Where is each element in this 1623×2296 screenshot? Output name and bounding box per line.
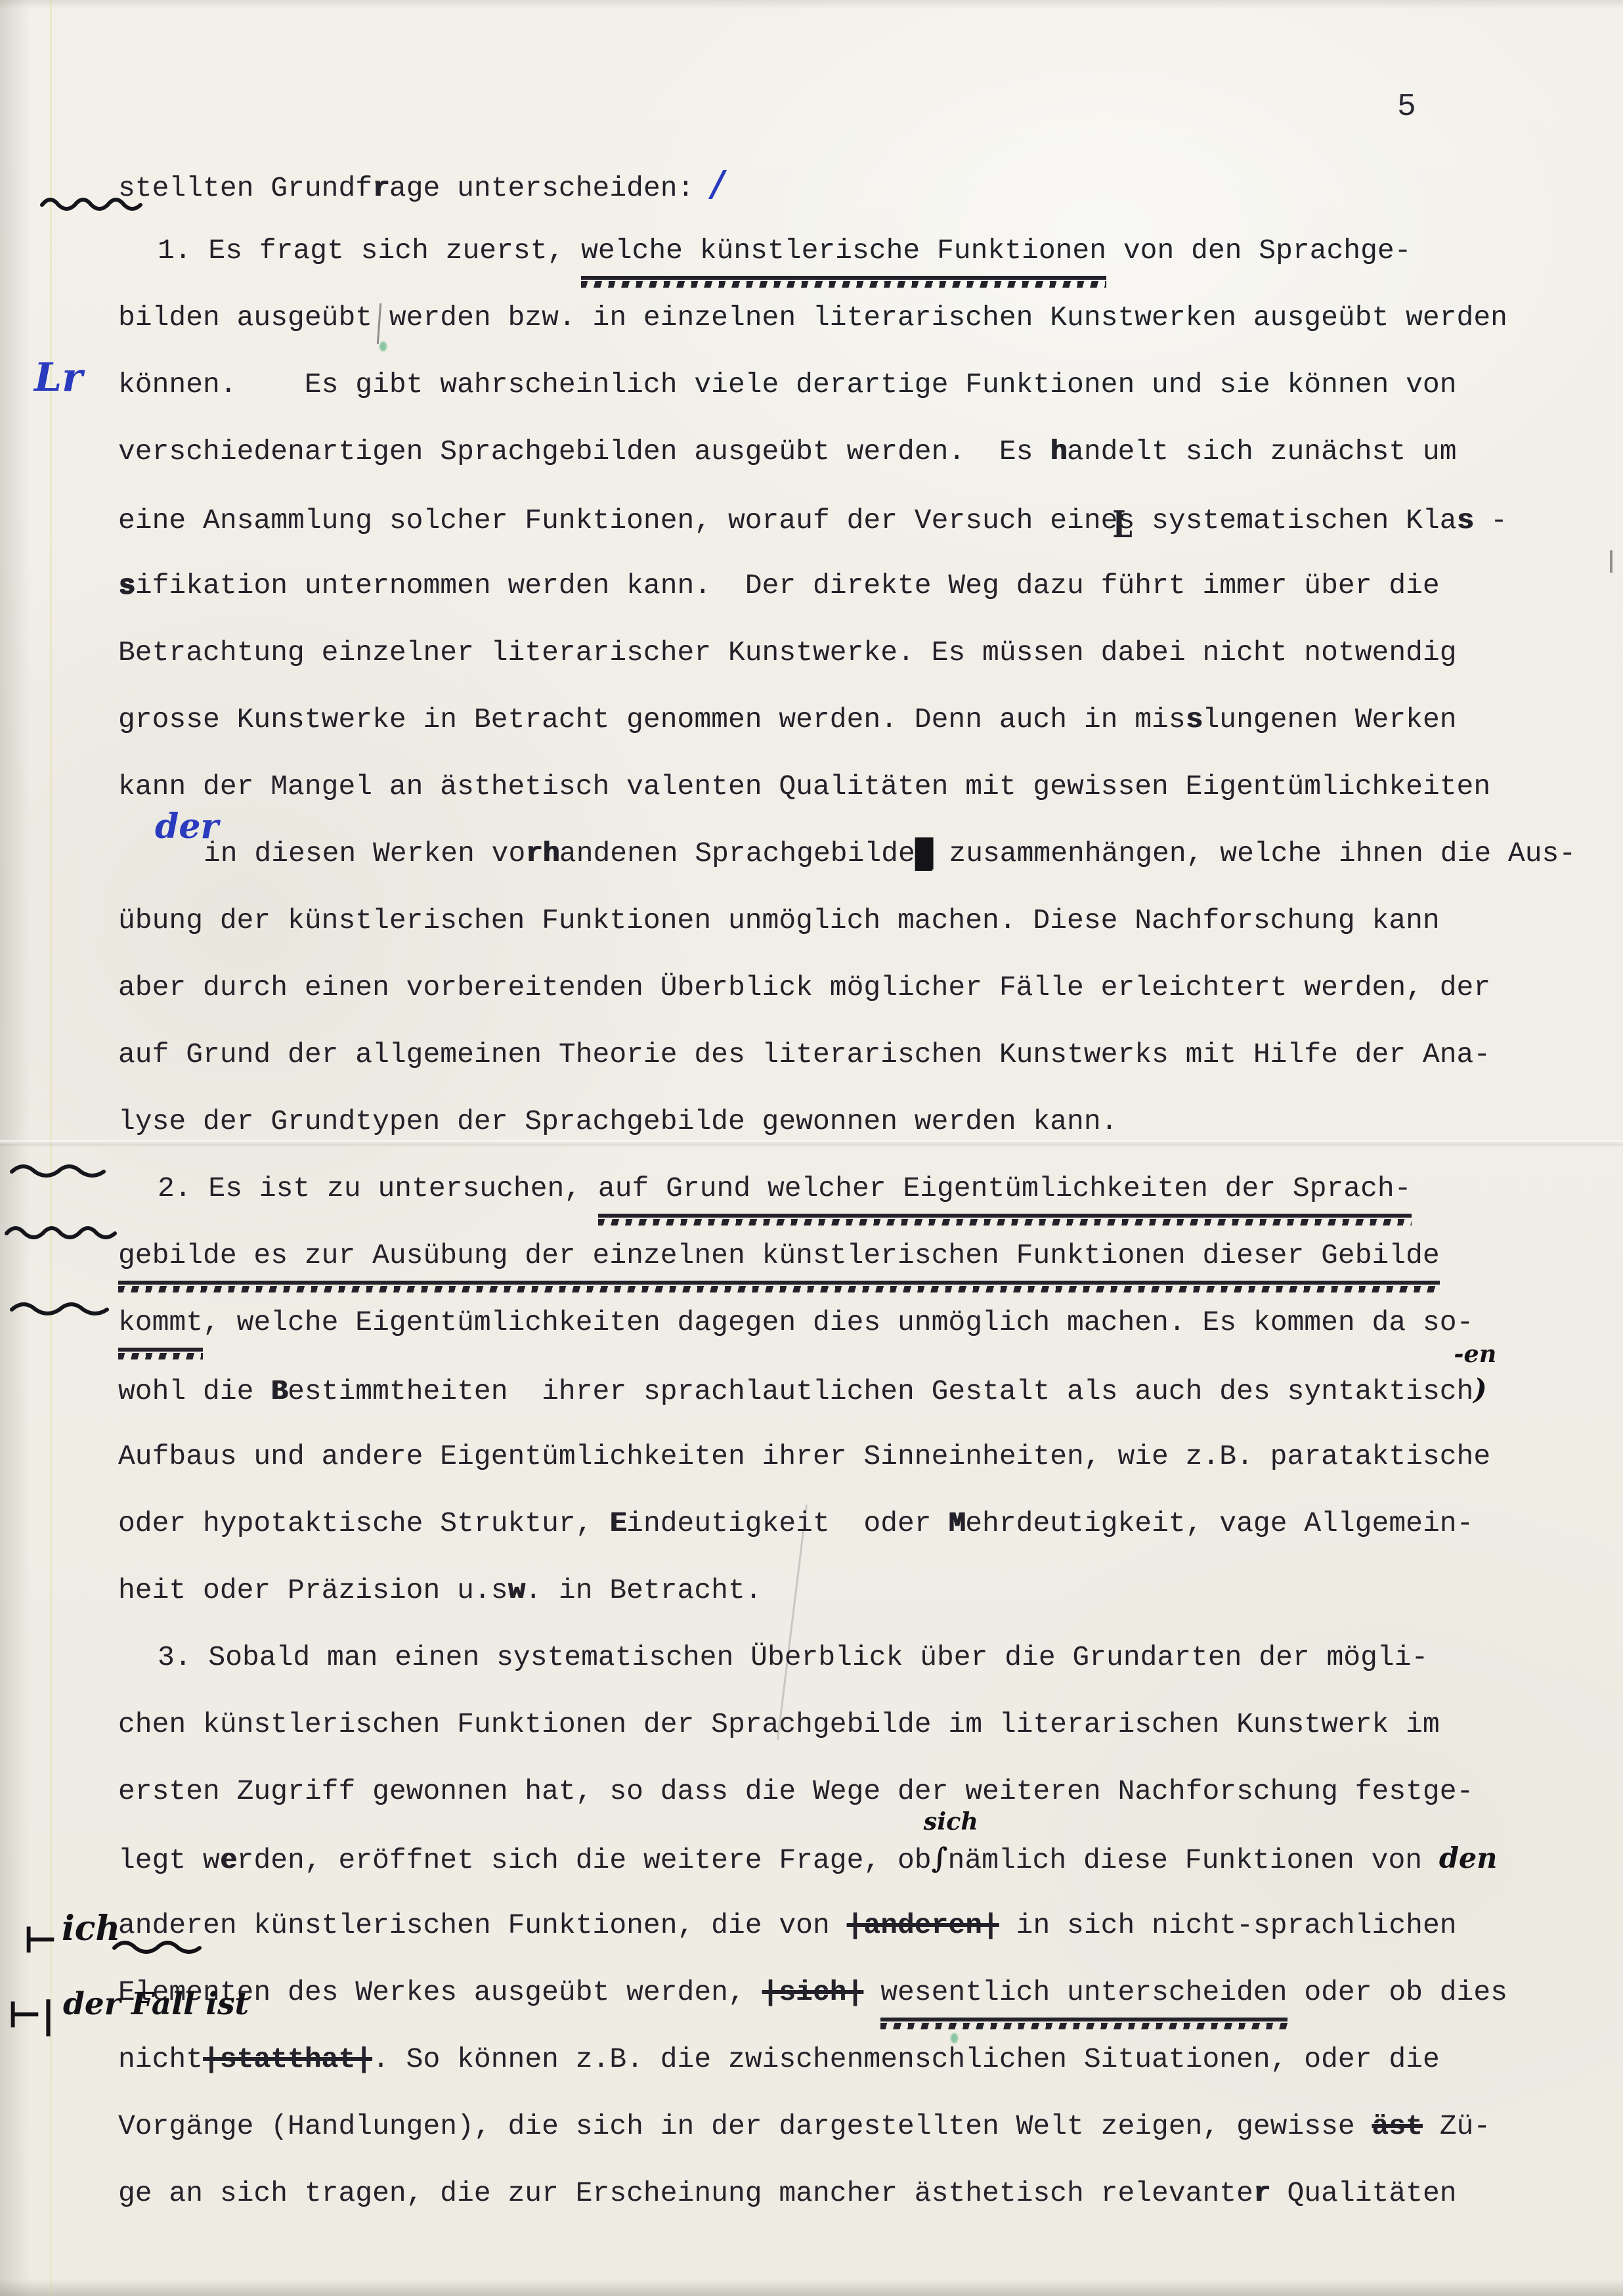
handwritten-correction: / [711,163,724,204]
text-segment: r [1253,2177,1270,2209]
text-segment: legt w [118,1844,220,1876]
text-line: chen künstlerischen Funktionen der Sprac… [118,1706,1440,1743]
text-segment: lyse der Grundtypen der Sprachgebilde ge… [118,1105,1117,1137]
text-segment: andelt sich zunächst um [1067,435,1457,468]
text-line: gebilde es zur Ausübung der einzelnen kü… [118,1237,1440,1274]
text-line: oder hypotaktische Struktur, Eindeutigke… [118,1505,1473,1542]
text-segment: rh [525,837,559,870]
margin-note: Lr [34,355,83,401]
page-number: 5 [1397,89,1416,125]
text-segment: nämlich diese Funktionen von [948,1844,1439,1876]
text-segment [863,1976,880,2008]
text-segment: eine Ansammlung solcher Funktionen, wora… [118,504,1117,537]
text-segment: s [118,569,135,602]
text-segment: s systematischen Kla [1117,504,1456,537]
text-segment: h [1050,435,1067,468]
text-segment: s [1186,703,1203,736]
handwritten-correction: ) [1473,1373,1486,1406]
text-line: ersten Zugriff gewonnen hat, so dass die… [118,1773,1473,1810]
text-segment: 3. Sobald man einen systematischen Überb… [158,1641,1428,1673]
text-segment: rden, eröffnet sich die weitere Frage, o… [237,1844,932,1876]
margin-note: ⊢| [8,1994,55,2037]
text-line: 3. Sobald man einen systematischen Überb… [158,1639,1428,1676]
text-line: nicht|statthat|. So können z.B. die zwis… [118,2041,1440,2078]
text-segment: gebilde es zur Ausübung der einzelnen kü… [118,1237,1440,1292]
text-segment: von den Sprachge- [1106,234,1411,267]
text-segment: Zü- [1423,2110,1490,2142]
text-segment: kann der Mangel an ästhetisch valenten Q… [118,770,1490,803]
margin-squiggle-icon [5,1224,118,1243]
text-segment: |anderen| [847,1909,999,1941]
margin-squiggle-icon [11,1162,106,1181]
text-segment: E [609,1507,626,1539]
text-line: anderen künstlerischen Funktionen, die v… [118,1907,1457,1944]
text-segment: ge an sich tragen, die zur Erscheinung m… [118,2177,1253,2209]
margin-squiggle-icon [11,1300,110,1319]
handwritten-correction: den [1439,1842,1498,1875]
margin-squiggle-icon [41,196,143,214]
text-line: kommt, welche Eigentümlichkeiten dagegen… [118,1304,1473,1341]
text-segment: █ [915,837,932,870]
text-segment: - [1473,504,1507,537]
text-segment: . in Betracht. [525,1574,762,1606]
text-line: bilden ausgeübt werden bzw. in einzelnen… [118,299,1507,336]
text-segment: ifikation unternommen werden kann. Der d… [135,569,1440,602]
text-line: lyse der Grundtypen der Sprachgebilde ge… [118,1103,1117,1140]
text-segment: e [220,1844,237,1876]
text-line: legt werden, eröffnet sich die weitere F… [118,1840,1498,1879]
text-segment: 2. Es ist zu untersuchen, [158,1172,598,1204]
text-line: sifikation unternommen werden kann. Der … [118,567,1440,604]
text-segment: ersten Zugriff gewonnen hat, so dass die… [118,1775,1473,1807]
margin-note: der [155,806,219,847]
text-line: Aufbaus und andere Eigentümlichkeiten ih… [118,1438,1490,1475]
text-line: Elementen des Werkes ausgeübt werden, |s… [118,1974,1507,2011]
text-line: heit oder Präzision u.sw. in Betracht. [118,1572,762,1609]
text-segment: Aufbaus und andere Eigentümlichkeiten ih… [118,1440,1490,1472]
text-segment: übung der künstlerischen Funktionen unmö… [118,904,1440,937]
text-segment: zusammenhängen, welche ihnen die Aus- [932,837,1576,870]
text-segment: estimmtheiten ihrer sprachlautlichen Ges… [288,1375,1473,1407]
text-segment: B [270,1375,288,1407]
text-line: Betrachtung einzelner literarischer Kuns… [118,634,1457,671]
text-segment: |sich| [762,1976,864,2008]
text-segment: auf Grund der allgemeinen Theorie des li… [118,1038,1490,1071]
text-segment: r [372,172,389,204]
text-segment: stellten Grundf [118,172,372,204]
text-line: ge an sich tragen, die zur Erscheinung m… [118,2175,1457,2212]
text-line: wohl die Bestimmtheiten ihrer sprachlaut… [118,1371,1487,1410]
text-segment: oder ob dies [1288,1976,1507,2008]
text-segment: M [948,1507,965,1539]
right-edge-mark [1610,550,1612,573]
text-line: in diesen Werken vorhandenen Sprachgebil… [204,835,1576,872]
text-segment: äst [1372,2110,1423,2142]
text-segment: 1. Es fragt sich zuerst, [158,234,581,267]
text-segment: s [1457,504,1474,537]
paper-crease-horizontal [0,1140,1623,1147]
text-segment: grosse Kunstwerke in Betracht genommen w… [118,703,1186,736]
text-line: verschiedenartigen Sprachgebilden ausgeü… [118,433,1457,470]
text-segment: chen künstlerischen Funktionen der Sprac… [118,1708,1440,1740]
text-segment: Betrachtung einzelner literarischer Kuns… [118,636,1457,669]
text-segment: Qualitäten [1270,2177,1457,2209]
text-segment: ehrdeutigkeit, vage Allgemein- [965,1507,1473,1539]
text-segment: nicht [118,2043,203,2075]
text-line: 2. Es ist zu untersuchen, auf Grund welc… [158,1170,1412,1207]
paper-edge-shadow-bottom [0,2279,1623,2296]
text-segment: wohl die [118,1375,270,1407]
text-line: können. Es gibt wahrscheinlich viele der… [118,366,1457,403]
text-line: stellten Grundfrage unterscheiden: / [118,166,724,207]
text-segment: welche künstlerische Funktionen [581,232,1106,288]
margin-squiggle-icon [113,1939,202,1957]
text-line: kann der Mangel an ästhetisch valenten Q… [118,768,1490,805]
text-segment: aber durch einen vorbereitenden Überblic… [118,971,1490,1004]
text-segment: können. Es gibt wahrscheinlich viele der… [118,368,1457,401]
text-line: auf Grund der allgemeinen Theorie des li… [118,1036,1490,1073]
text-line: 1. Es fragt sich zuerst, welche künstler… [158,232,1412,269]
text-line: übung der künstlerischen Funktionen unmö… [118,902,1440,939]
text-segment: Vorgänge (Handlungen), die sich in der d… [118,2110,1372,2142]
text-line: grosse Kunstwerke in Betracht genommen w… [118,701,1457,738]
text-segment: |statthat| [203,2043,372,2075]
text-segment: w [508,1574,525,1606]
text-segment: anderen künstlerischen Funktionen, die v… [118,1909,847,1941]
text-segment: lungenen Werken [1202,703,1456,736]
text-segment: in diesen Werken vo [204,837,525,870]
text-segment: oder hypotaktische Struktur, [118,1507,609,1539]
text-segment: age unterscheiden: [389,172,711,204]
text-segment: wesentlich unterscheiden [880,1974,1287,2029]
text-line: aber durch einen vorbereitenden Überblic… [118,969,1490,1006]
text-line: Vorgänge (Handlungen), die sich in der d… [118,2108,1490,2145]
paper-edge-shadow-top [0,0,1623,9]
margin-note: ⊢ [24,1919,57,1962]
green-ink-speck [379,342,387,351]
margin-note: ich [62,1909,120,1949]
handwritten-correction: ∫ [932,1842,948,1875]
text-segment: andenen Sprachgebilde [559,837,915,870]
text-segment: . So können z.B. die zwischenmenschliche… [372,2043,1440,2075]
text-segment: auf Grund welcher Eigentümlichkeiten der… [598,1170,1412,1225]
text-segment: in sich nicht-sprachlichen [999,1909,1457,1941]
manuscript-page: 5 stellten Grundfrage unterscheiden: /1.… [0,0,1623,2296]
text-segment: kommt [118,1304,203,1359]
text-segment: bilden ausgeübt werden bzw. in einzelnen… [118,301,1507,334]
text-segment: indeutigkeit oder [626,1507,948,1539]
text-segment: heit oder Präzision u.s [118,1574,508,1606]
text-segment: , welche Eigentümlichkeiten dagegen dies… [203,1306,1473,1338]
text-segment: verschiedenartigen Sprachgebilden ausgeü… [118,435,1050,468]
margin-note: der Fall ist [63,1986,249,2022]
text-line: eine Ansammlung solcher Funktionen, wora… [118,500,1507,539]
